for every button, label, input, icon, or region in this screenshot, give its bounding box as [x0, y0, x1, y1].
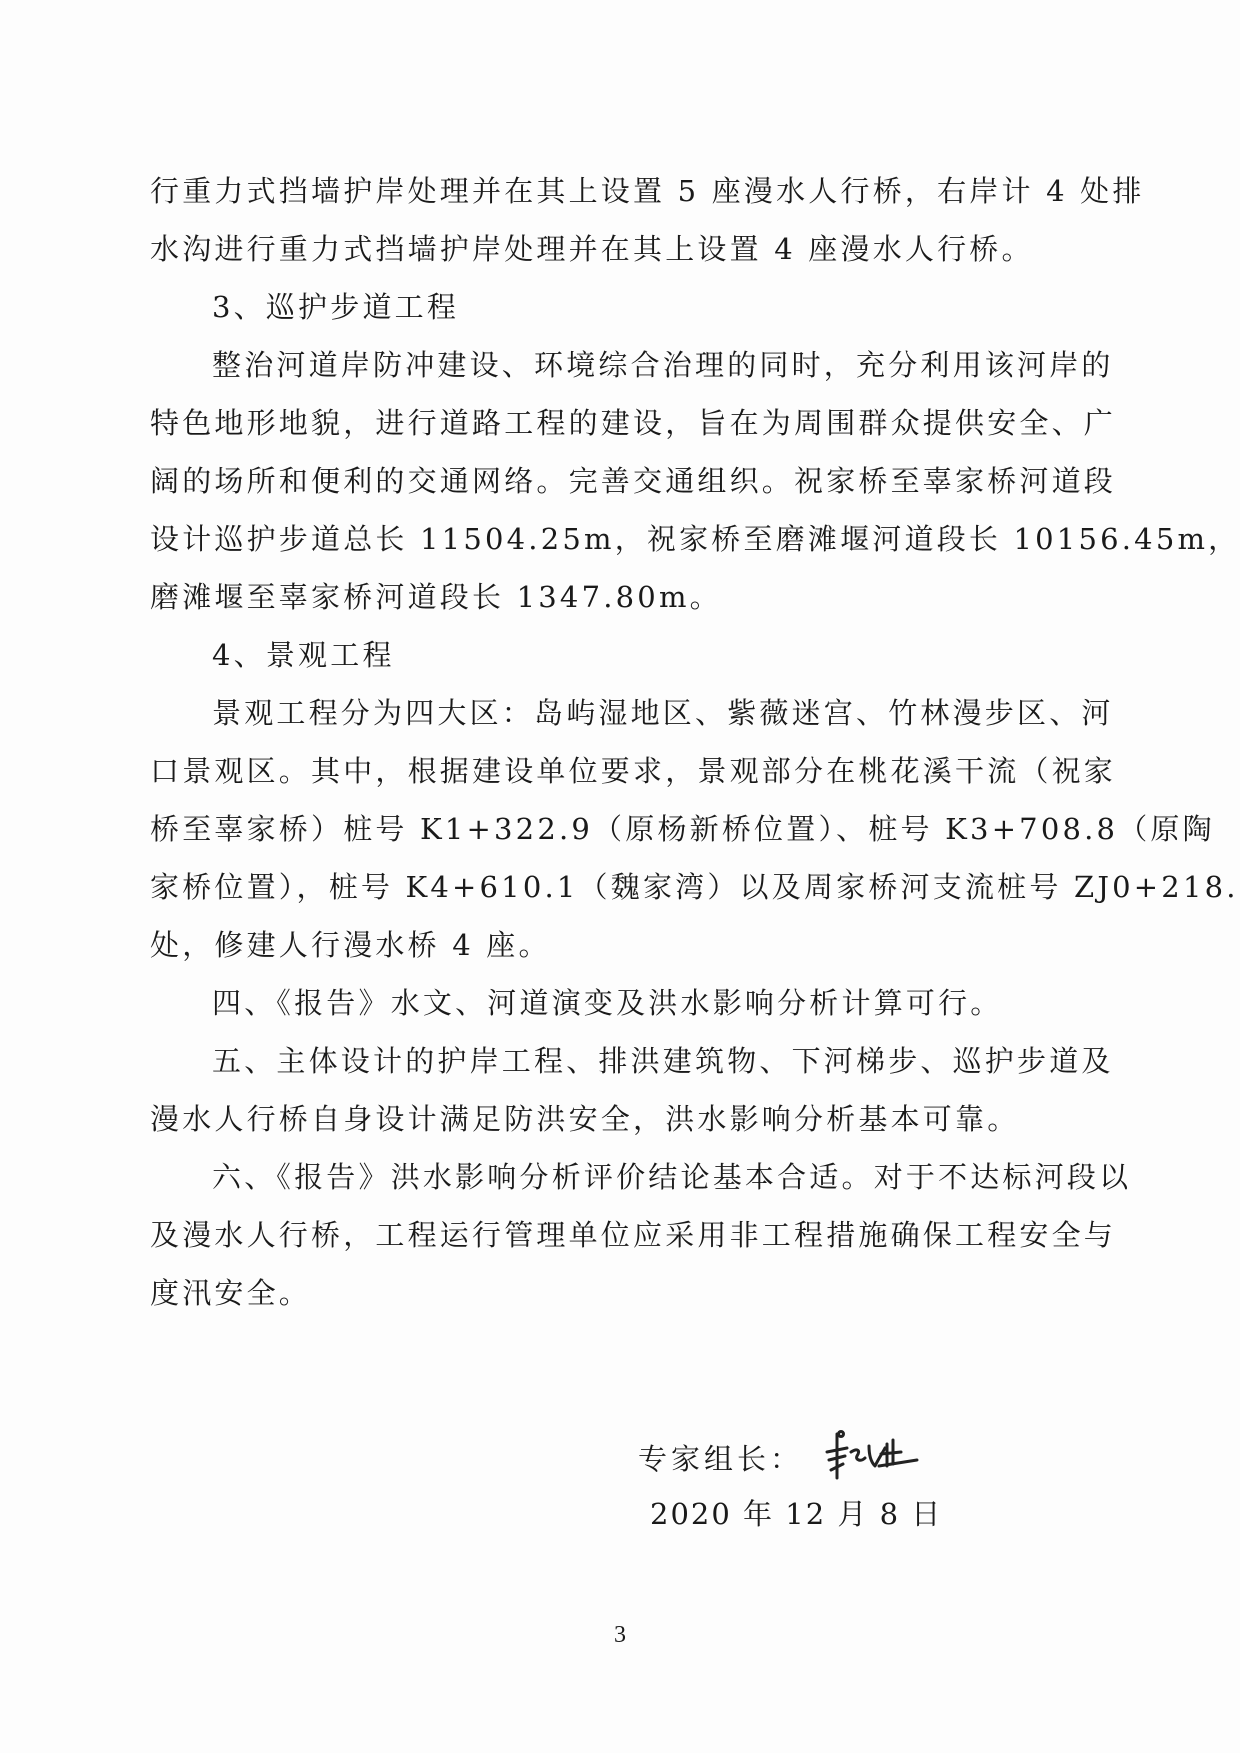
expert-leader-label: 专家组长： — [638, 1433, 803, 1485]
signature-date: 2020 年 12 月 8 日 — [638, 1488, 1038, 1540]
text-line-2: 水沟进行重力式挡墙护岸处理并在其上设置 4 座漫水人行桥。 — [150, 220, 1098, 278]
text-line-20: 度汛安全。 — [150, 1264, 1098, 1322]
text-line-7: 设计巡护步道总长 11504.25m，祝家桥至磨滩堰河道段长 10156.45m… — [150, 510, 1098, 568]
section-heading-landscape: 4、景观工程 — [150, 626, 1098, 684]
text-line-13: 家桥位置），桩号 K4+610.1（魏家湾）以及周家桥河支流桩号 ZJ0+218… — [150, 858, 1098, 916]
handwritten-signature-icon — [821, 1430, 931, 1488]
text-line-1: 行重力式挡墙护岸处理并在其上设置 5 座漫水人行桥，右岸计 4 处排 — [150, 162, 1098, 220]
text-line-8: 磨滩堰至辜家桥河道段长 1347.80m。 — [150, 568, 1098, 626]
conclusion-item-6: 六、《报告》洪水影响分析评价结论基本合适。对于不达标河段以 — [150, 1148, 1098, 1206]
text-line-6: 阔的场所和便利的交通网络。完善交通组织。祝家桥至辜家桥河道段 — [150, 452, 1098, 510]
section-heading-patrol-walkway: 3、巡护步道工程 — [150, 278, 1098, 336]
signature-block: 专家组长： — [638, 1430, 1038, 1540]
text-line-5: 特色地形地貌，进行道路工程的建设，旨在为周围群众提供安全、广 — [150, 394, 1098, 452]
text-line-12: 桥至辜家桥）桩号 K1+322.9（原杨新桥位置）、桩号 K3+708.8（原陶 — [150, 800, 1098, 858]
text-line-14: 处，修建人行漫水桥 4 座。 — [150, 916, 1098, 974]
document-body: 行重力式挡墙护岸处理并在其上设置 5 座漫水人行桥，右岸计 4 处排 水沟进行重… — [150, 162, 1098, 1322]
page-number: 3 — [614, 1622, 626, 1649]
conclusion-item-4: 四、《报告》水文、河道演变及洪水影响分析计算可行。 — [150, 974, 1098, 1032]
text-line-11: 口景观区。其中，根据建设单位要求，景观部分在桃花溪干流（祝家 — [150, 742, 1098, 800]
conclusion-item-5: 五、主体设计的护岸工程、排洪建筑物、下河梯步、巡护步道及 — [150, 1032, 1098, 1090]
document-page: 行重力式挡墙护岸处理并在其上设置 5 座漫水人行桥，右岸计 4 处排 水沟进行重… — [0, 0, 1240, 1753]
text-line-19: 及漫水人行桥，工程运行管理单位应采用非工程措施确保工程安全与 — [150, 1206, 1098, 1264]
text-line-10: 景观工程分为四大区：岛屿湿地区、紫薇迷宫、竹林漫步区、河 — [150, 684, 1098, 742]
text-line-17: 漫水人行桥自身设计满足防洪安全，洪水影响分析基本可靠。 — [150, 1090, 1098, 1148]
signature-row: 专家组长： — [638, 1430, 1038, 1488]
text-line-4: 整治河道岸防冲建设、环境综合治理的同时，充分利用该河岸的 — [150, 336, 1098, 394]
